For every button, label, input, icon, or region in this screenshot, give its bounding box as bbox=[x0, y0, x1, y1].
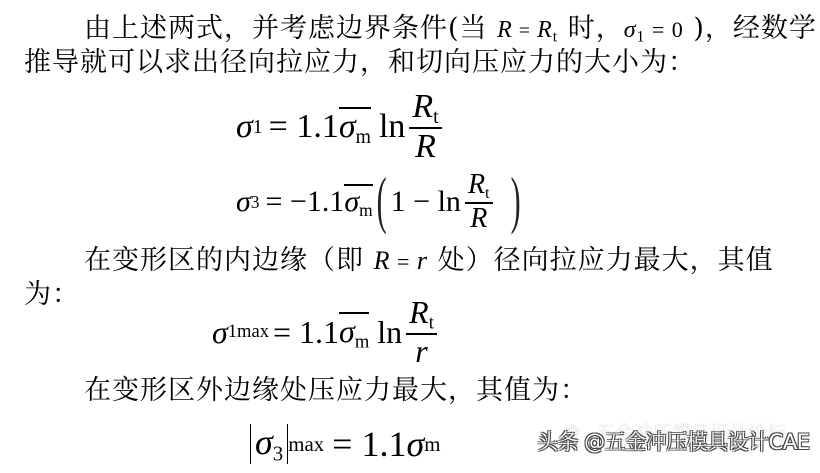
watermark-toutiao: 头条 @五金冲压模具设计CAE bbox=[537, 426, 809, 456]
formula-one-minus-ln: 1 − ln bbox=[391, 185, 461, 219]
math-equals: = bbox=[390, 249, 416, 274]
paragraph-boundary-condition-line2: 推导就可以求出径向拉应力，和切向压应力的大小为： bbox=[24, 46, 696, 80]
math-equals: = bbox=[513, 20, 537, 42]
formula-sigma1: σ1 = 1.1σm ln Rt R bbox=[236, 92, 446, 162]
text-segment: )，经数学 bbox=[684, 13, 817, 44]
abs-sigma-sub: 3 bbox=[273, 441, 283, 465]
fraction-numerator: Rt bbox=[406, 296, 437, 335]
fraction-denominator: R bbox=[470, 204, 487, 233]
formula-eq: = −1.1 bbox=[266, 185, 345, 219]
num-R: R bbox=[409, 294, 429, 330]
math-var-R: R bbox=[374, 246, 391, 275]
formula-ln: ln bbox=[379, 108, 405, 146]
formula-sigma-bar: σm bbox=[339, 107, 371, 148]
formula-paren-open: ( bbox=[377, 166, 387, 237]
formula-lhs-sigma: σ bbox=[236, 185, 251, 219]
math-var-sigma1: σ bbox=[624, 17, 637, 43]
paragraph-outer-edge: 在变形区外边缘处压应力最大，其值为： bbox=[84, 374, 588, 408]
math-var-r: r bbox=[417, 246, 428, 275]
sigma-bar-symbol: σ bbox=[339, 108, 356, 145]
math-equals-zero: = 0 bbox=[645, 17, 683, 42]
formula-sigma-bar: σm bbox=[339, 312, 369, 352]
formula-lhs-sub: 1max bbox=[228, 321, 269, 343]
text-segment: 为： bbox=[24, 279, 80, 310]
num-R: R bbox=[412, 88, 433, 125]
formula-rhs-sigma: σ bbox=[406, 423, 424, 465]
sigma-bar-sub: m bbox=[355, 332, 369, 353]
formula-lhs-sub: 1 bbox=[253, 116, 263, 139]
fraction-numerator: Rt bbox=[465, 170, 493, 204]
text-segment: 处）径向拉应力最大，其值 bbox=[428, 245, 774, 276]
num-R: R bbox=[468, 169, 485, 200]
formula-fraction: Rt R bbox=[409, 89, 441, 165]
formula-abs-value: σ3 bbox=[250, 424, 288, 464]
sigma-bar-symbol: σ bbox=[344, 185, 359, 218]
formula-max-sub: max bbox=[288, 432, 324, 457]
formula-eq: = 1.1 bbox=[269, 108, 339, 146]
text-segment: 由上述两式，并考虑边界条件(当 bbox=[84, 13, 497, 44]
paragraph-inner-edge-line2: 为： bbox=[24, 278, 80, 312]
math-var-R: R bbox=[497, 17, 513, 43]
num-sub: t bbox=[429, 312, 434, 333]
formula-sigma3-max: σ3max = 1.1σm bbox=[250, 420, 440, 468]
text-segment: 推导就可以求出径向拉应力，和切向压应力的大小为： bbox=[24, 47, 696, 78]
text-segment: 在变形区外边缘处压应力最大，其值为： bbox=[84, 375, 588, 406]
formula-fraction: Rt r bbox=[406, 296, 437, 369]
abs-sigma: σ bbox=[255, 422, 273, 462]
formula-paren-close: ) bbox=[511, 166, 521, 237]
formula-lhs-sigma: σ bbox=[212, 314, 228, 351]
sigma-bar-sub: m bbox=[356, 126, 371, 148]
num-sub: t bbox=[433, 106, 438, 128]
math-var-Rt: R bbox=[537, 17, 553, 43]
formula-sigma3: σ3 = −1.1σm ( 1 − ln Rt R ) bbox=[236, 170, 525, 234]
formula-eq: = 1.1 bbox=[273, 314, 339, 351]
num-sub: t bbox=[485, 184, 490, 202]
fraction-denominator: R bbox=[415, 129, 436, 165]
formula-eq: = 1.1 bbox=[332, 423, 406, 465]
sigma-bar-sub: m bbox=[359, 200, 373, 220]
formula-sigma1max: σ1max = 1.1σm ln Rt r bbox=[212, 296, 441, 368]
text-segment: 在变形区的内边缘（即 bbox=[84, 245, 374, 276]
formula-lhs-sub: 3 bbox=[251, 192, 260, 213]
text-segment: 时， bbox=[558, 13, 624, 44]
formula-lhs-sigma: σ bbox=[236, 108, 253, 146]
fraction-denominator: r bbox=[415, 335, 427, 369]
formula-ln: ln bbox=[377, 314, 402, 351]
paragraph-inner-edge-line1: 在变形区的内边缘（即 R = r 处）径向拉应力最大，其值 bbox=[84, 244, 774, 279]
formula-rhs-sub: m bbox=[424, 432, 440, 457]
sigma-bar-symbol: σ bbox=[339, 313, 355, 349]
formula-sigma-bar: σm bbox=[344, 184, 372, 220]
formula-fraction: Rt R bbox=[465, 170, 493, 233]
fraction-numerator: Rt bbox=[409, 89, 441, 130]
